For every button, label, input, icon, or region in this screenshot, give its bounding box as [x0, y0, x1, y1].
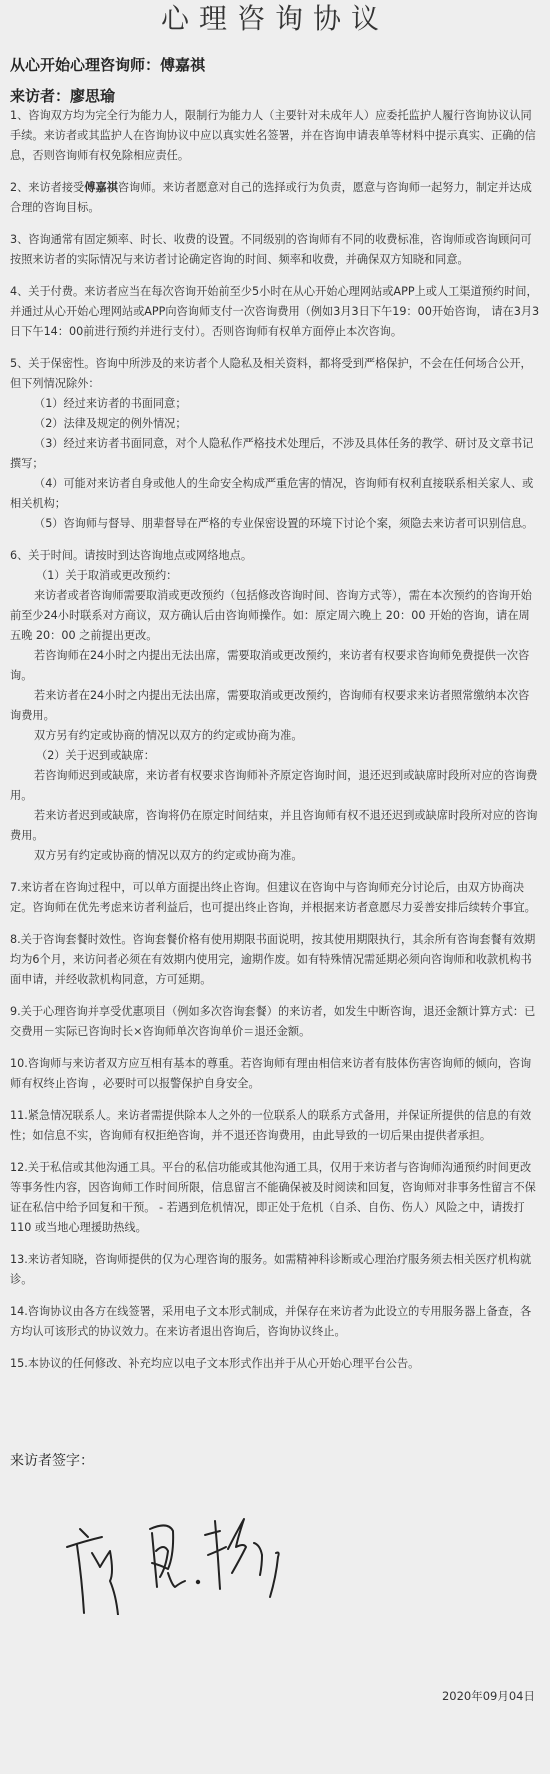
clause-3: 3、咨询通常有固定频率、时长、收费的设置。不同级别的咨询师有不同的收费标准，咨询… — [10, 230, 540, 270]
clause-6-sub1-item: 来访者或者咨询师需要取消或更改预约（包括修改咨询时间、咨询方式等），需在本次预约… — [10, 586, 540, 646]
clause-15: 15.本协议的任何修改、补充均应以电子文本形式作出并于从心开始心理平台公告。 — [10, 1354, 540, 1374]
clause-6-sub1-heading: （1）关于取消或更改预约： — [10, 566, 540, 586]
clause-14: 14.咨询协议由各方在线签署，采用电子文本形式制成，并保存在来访者为此设立的专用… — [10, 1302, 540, 1342]
clause-6-sub2-item: 若咨询师迟到或缺席，来访者有权要求咨询师补齐原定咨询时间，退还迟到或缺席时段所对… — [10, 766, 540, 806]
clause-5-item: （1）经过来访者的书面同意； — [10, 394, 540, 414]
agreement-page: 心理咨询协议 从心开始心理咨询师：傅嘉祺 来访者：廖思瑜 1、咨询双方均为完全行… — [0, 0, 550, 1774]
clause-6-sub2-item: 双方另有约定或协商的情况以双方的约定或协商为准。 — [10, 846, 540, 866]
agreement-body: 1、咨询双方均为完全行为能力人，限制行为能力人（主要针对未成年人）应委托监护人履… — [10, 106, 540, 1386]
clause-6-sub2-heading: （2）关于迟到或缺席： — [10, 746, 540, 766]
clause-6-intro: 6、关于时间。请按时到达咨询地点或网络地点。 — [10, 546, 540, 566]
clause-9: 9.关于心理咨询并享受优惠项目（例如多次咨询套餐）的来访者，如发生中断咨询，退还… — [10, 1002, 540, 1042]
clause-10: 10.咨询师与来访者双方应互相有基本的尊重。若咨询师有理由相信来访者有肢体伤害咨… — [10, 1054, 540, 1094]
clause-8: 8.关于咨询套餐时效性。咨询套餐价格有使用期限书面说明，按其使用期限执行，其余所… — [10, 930, 540, 990]
document-title: 心理咨询协议 — [0, 2, 550, 36]
clause-11: 11.紧急情况联系人。来访者需提供除本人之外的一位联系人的联系方式备用，并保证所… — [10, 1106, 540, 1146]
signing-date: 2020年09月04日 — [442, 1688, 535, 1704]
clause-2-prefix: 2、来访者接受 — [10, 181, 84, 194]
clause-6-sub2-item: 若来访者迟到或缺席，咨询将仍在原定时间结束，并且咨询师有权不退还迟到或缺席时段所… — [10, 806, 540, 846]
clause-5-item: （3）经过来访者书面同意，对个人隐私作严格技术处理后，不涉及具体任务的教学、研讨… — [10, 434, 540, 474]
clause-6-sub1-item: 若来访者在24小时之内提出无法出席，需要取消或更改预约，咨询师有权要求来访者照常… — [10, 686, 540, 726]
clause-5-item: （4）可能对来访者自身或他人的生命安全构成严重危害的情况，咨询师有权利直接联系相… — [10, 474, 540, 514]
clause-6: 6、关于时间。请按时到达咨询地点或网络地点。 （1）关于取消或更改预约： 来访者… — [10, 546, 540, 866]
signature-label: 来访者签字： — [10, 1450, 94, 1470]
clause-5-item: （2）法律及规定的例外情况； — [10, 414, 540, 434]
clause-5-item: （5）咨询师与督导、朋辈督导在严格的专业保密设置的环境下讨论个案，须隐去来访者可… — [10, 514, 540, 534]
counselor-heading: 从心开始心理咨询师：傅嘉祺 — [10, 55, 205, 75]
clause-12: 12.关于私信或其他沟通工具。平台的私信功能或其他沟通工具，仅用于来访者与咨询师… — [10, 1158, 540, 1238]
clause-1: 1、咨询双方均为完全行为能力人，限制行为能力人（主要针对未成年人）应委托监护人履… — [10, 106, 540, 166]
clause-6-sub1-item: 若咨询师在24小时之内提出无法出席，需要取消或更改预约，来访者有权要求咨询师免费… — [10, 646, 540, 686]
clause-4: 4、关于付费。来访者应当在每次咨询开始前至少5小时在从心开始心理网站或APP上或… — [10, 282, 540, 342]
clause-5: 5、关于保密性。咨询中所涉及的来访者个人隐私及相关资料，都将受到严格保护，不会在… — [10, 354, 540, 534]
client-heading: 来访者：廖思瑜 — [10, 86, 115, 106]
handwritten-signature — [40, 1485, 300, 1615]
clause-7: 7.来访者在咨询过程中，可以单方面提出终止咨询。但建议在咨询中与咨询师充分讨论后… — [10, 878, 540, 918]
clause-2: 2、来访者接受傅嘉祺咨询师。来访者愿意对自己的选择或行为负责，愿意与咨询师一起努… — [10, 178, 540, 218]
clause-6-sub1-item: 双方另有约定或协商的情况以双方的约定或协商为准。 — [10, 726, 540, 746]
clause-5-intro: 5、关于保密性。咨询中所涉及的来访者个人隐私及相关资料，都将受到严格保护，不会在… — [10, 354, 540, 394]
counselor-name-inline: 傅嘉祺 — [84, 181, 118, 194]
clause-13: 13.来访者知晓，咨询师提供的仅为心理咨询的服务。如需精神科诊断或心理治疗服务须… — [10, 1250, 540, 1290]
